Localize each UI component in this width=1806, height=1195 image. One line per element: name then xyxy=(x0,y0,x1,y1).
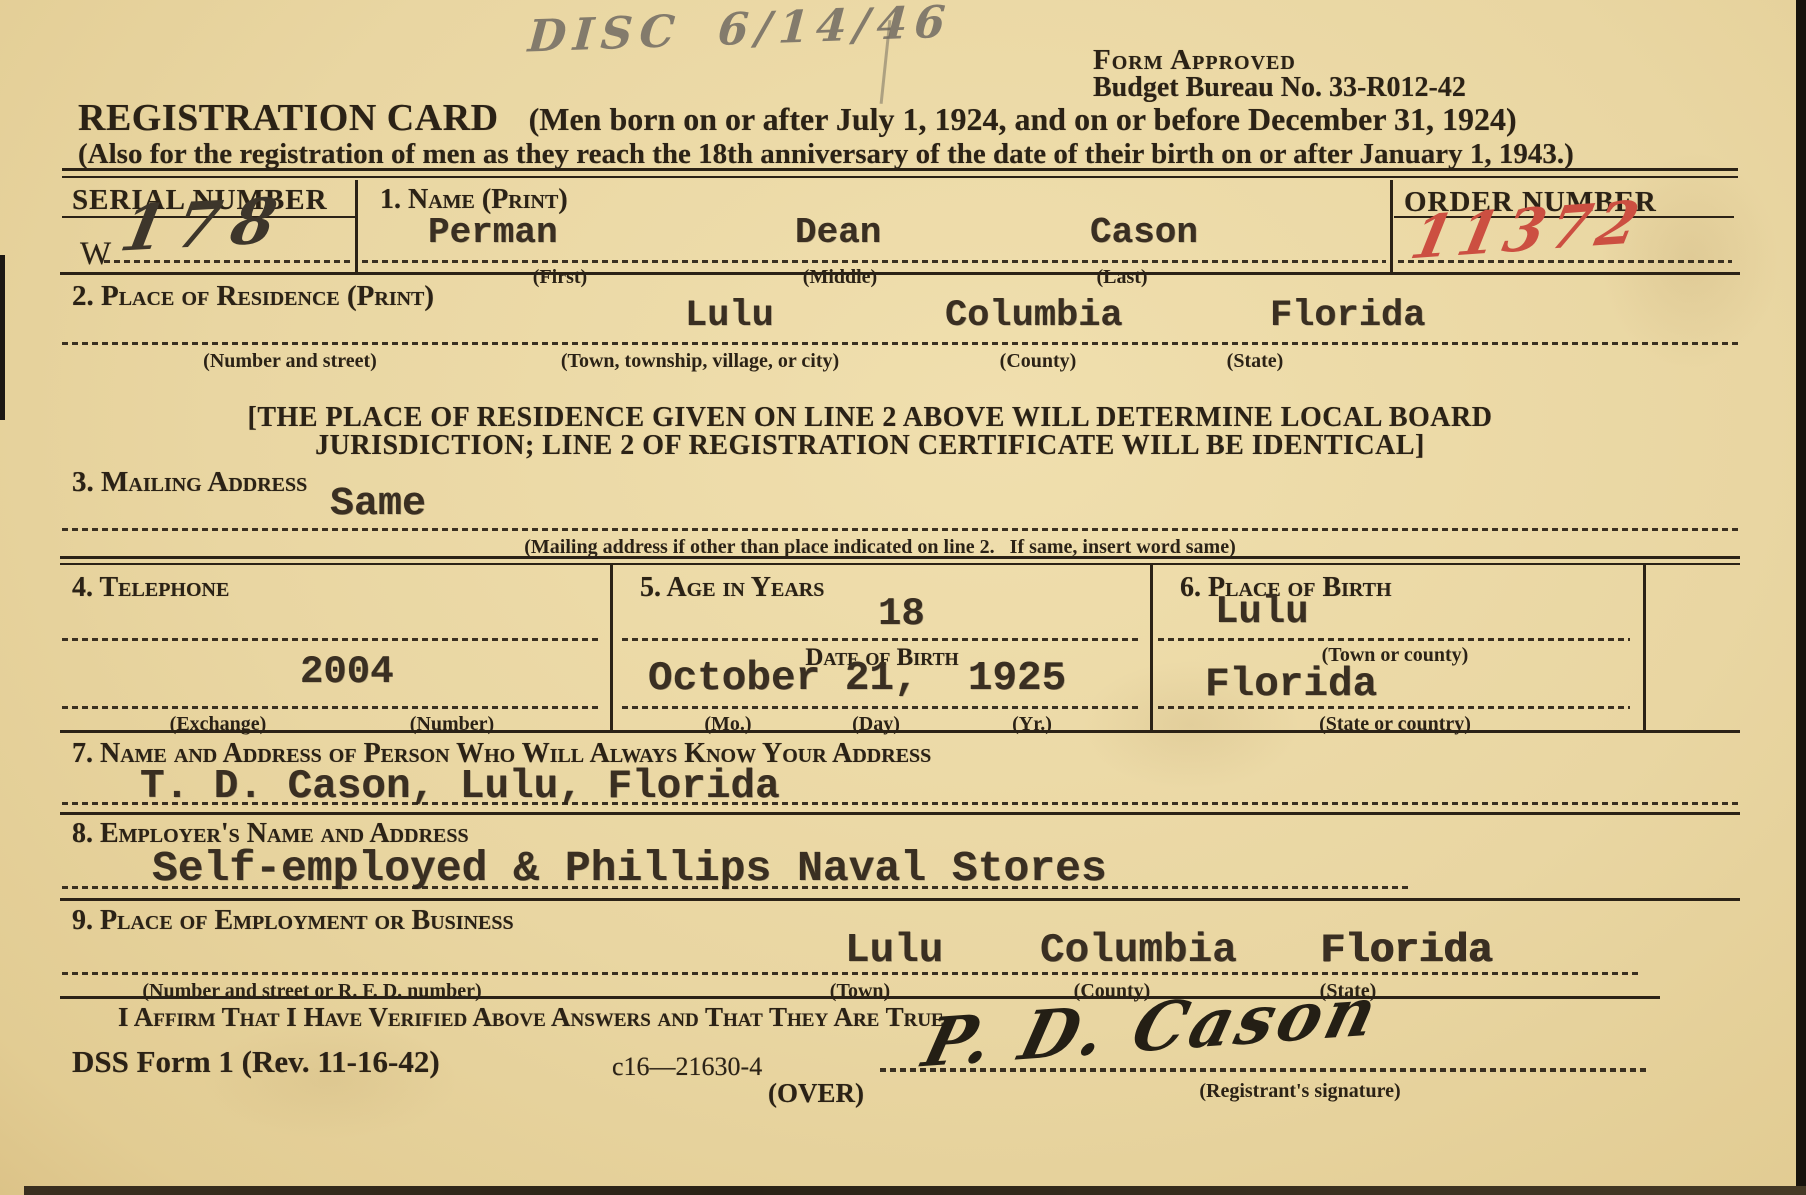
telephone-number-value: 2004 xyxy=(300,650,394,694)
scan-edge-left xyxy=(0,255,5,420)
row-divider xyxy=(60,812,1740,815)
card-subtitle: (Also for the registration of men as the… xyxy=(78,138,1574,171)
scan-edge-right xyxy=(1796,0,1806,1195)
name-middle-value: Dean xyxy=(795,212,881,253)
serial-prefix: W xyxy=(80,236,111,273)
divider xyxy=(62,176,1738,178)
cell-divider xyxy=(1150,565,1153,730)
birthplace-dotted-line-lower xyxy=(1158,706,1630,709)
row-divider xyxy=(60,730,1740,733)
telephone-dotted-line-upper xyxy=(62,638,598,641)
section-divider xyxy=(60,556,1740,559)
name-first-value: Perman xyxy=(428,212,558,253)
name-last-value: Cason xyxy=(1090,212,1198,253)
birthplace-dotted-line-upper xyxy=(1158,638,1630,641)
cell-divider xyxy=(610,565,613,730)
row-divider xyxy=(60,898,1740,901)
print-code-text: c16—21630-4 xyxy=(612,1052,762,1082)
cell-divider xyxy=(1390,180,1393,272)
row-divider xyxy=(60,996,1660,999)
registration-card-scan: DISC 6/14/46 Form Approved Budget Bureau… xyxy=(0,0,1806,1195)
cell-divider xyxy=(1643,565,1646,730)
telephone-field-label: 4. Telephone xyxy=(72,572,229,604)
birthplace-state-value: Florida xyxy=(1205,662,1377,708)
order-dotted-line xyxy=(1398,260,1732,263)
affirmation-text: I Affirm That I Have Verified Above Answ… xyxy=(118,1002,950,1033)
signature-dotted-line xyxy=(880,1068,1650,1072)
signature-sub-label: (Registrant's signature) xyxy=(1199,1080,1400,1103)
name-dotted-line xyxy=(362,260,1386,263)
residence-dotted-line xyxy=(62,342,1740,345)
mailing-dotted-line xyxy=(62,528,1740,531)
registrant-signature: P. D. Cason xyxy=(916,971,1389,1082)
age-value: 18 xyxy=(878,592,925,636)
mailing-field-label: 3. Mailing Address xyxy=(72,466,307,499)
residence-sub-county: (County) xyxy=(1000,350,1077,373)
scan-edge-bottom xyxy=(24,1186,1806,1195)
telephone-dotted-line-lower xyxy=(62,706,598,709)
paper-stain xyxy=(200,1020,460,1140)
row-divider xyxy=(60,272,1740,275)
residence-county-value: Columbia xyxy=(945,295,1123,337)
residence-sub-state: (State) xyxy=(1227,350,1284,373)
employment-county-value: Columbia xyxy=(1040,928,1237,974)
divider xyxy=(62,168,1738,171)
employment-dotted-line xyxy=(62,972,1642,975)
residence-state-value: Florida xyxy=(1270,295,1425,337)
age-dotted-line xyxy=(622,638,1138,641)
name-sub-first: (First) xyxy=(533,266,587,289)
employment-town-value: Lulu xyxy=(845,928,943,974)
name-sub-middle: (Middle) xyxy=(803,266,877,289)
employment-sub-town: (Town) xyxy=(830,980,890,1003)
card-title-row: REGISTRATION CARD (Men born on or after … xyxy=(78,96,1517,140)
employment-state-value: Florida xyxy=(1320,928,1492,974)
section-divider xyxy=(60,563,1740,565)
residence-town-value: Lulu xyxy=(685,295,774,337)
card-paper: DISC 6/14/46 Form Approved Budget Bureau… xyxy=(0,0,1806,1195)
over-text: (OVER) xyxy=(768,1078,864,1109)
employment-sub-street: (Number and street or R. F. D. number) xyxy=(142,980,481,1003)
residence-sub-street: (Number and street) xyxy=(203,350,377,373)
serial-number-value: 178 xyxy=(115,183,295,266)
residence-field-label: 2. Place of Residence (Print) xyxy=(72,280,434,313)
employer-dotted-line xyxy=(62,886,1412,889)
cell-divider xyxy=(355,180,358,272)
form-number-text: DSS Form 1 (Rev. 11-16-42) xyxy=(72,1044,440,1080)
card-title-qualifier: (Men born on or after July 1, 1924, and … xyxy=(529,101,1517,138)
contact-dotted-line xyxy=(62,802,1740,805)
residence-sub-town: (Town, township, village, or city) xyxy=(561,350,839,373)
mailing-value: Same xyxy=(330,482,426,527)
date-of-birth-value: October 21, 1925 xyxy=(648,656,1066,702)
dob-dotted-line xyxy=(622,706,1138,709)
serial-dotted-line xyxy=(104,260,350,263)
age-field-label: 5. Age in Years xyxy=(640,572,824,604)
employment-field-label: 9. Place of Employment or Business xyxy=(72,905,514,937)
name-sub-last: (Last) xyxy=(1096,266,1147,289)
jurisdiction-notice-line2: JURISDICTION; LINE 2 OF REGISTRATION CER… xyxy=(60,430,1680,462)
birthplace-town-value: Lulu xyxy=(1215,590,1309,634)
card-title: REGISTRATION CARD xyxy=(78,96,499,140)
